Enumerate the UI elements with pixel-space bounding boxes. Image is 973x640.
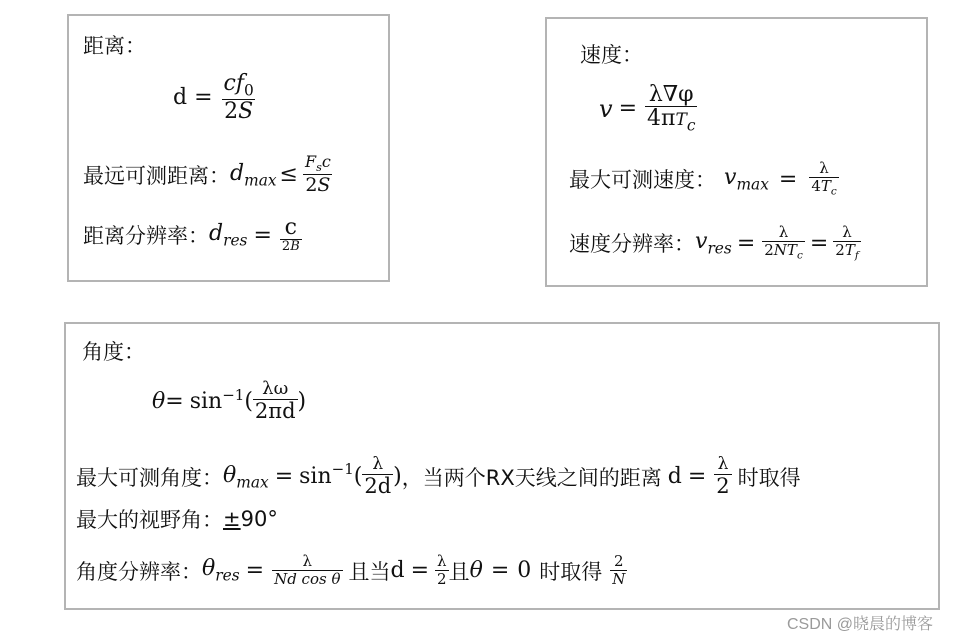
velocity-formula: v = λ∇φ 4πTc	[599, 83, 699, 134]
max-angle-row: 最大可测角度： θmax = sin−1 ( λ 2d ) ，当两个RX天线之间…	[76, 456, 801, 498]
angle-fraction: λω 2πd	[253, 380, 298, 423]
velocity-resolution-row: 速度分辨率： vres = λ 2NTc = λ 2Tf	[569, 225, 863, 262]
velocity-fraction: λ∇φ 4πTc	[645, 83, 697, 134]
velocity-resolution-fraction-2: λ 2Tf	[833, 225, 860, 262]
antenna-spacing-fraction: λ 2	[714, 456, 731, 498]
angle-title: 角度：	[82, 336, 145, 366]
angle-resolution-row: 角度分辨率： θres = λ Nd cos θ 且当 d = λ 2 且 θ …	[76, 554, 629, 587]
distance-formula: d = cf0 2S	[173, 72, 258, 124]
distance-title: 距离：	[83, 30, 146, 60]
velocity-box: 速度： v = λ∇φ 4πTc 最大可测速度： vmax = λ 4Tc 速度…	[545, 17, 928, 287]
field-of-view-row: 最大的视野角： ±90°	[76, 504, 278, 534]
velocity-title: 速度：	[580, 39, 643, 69]
max-angle-fraction: λ 2d	[362, 456, 393, 498]
max-velocity-fraction: λ 4Tc	[809, 161, 838, 198]
max-distance-row: 最远可测距离： dmax ≤ Fsc 2S	[83, 154, 335, 196]
watermark: CSDN @晓晨的博客	[787, 611, 933, 634]
angle-res-spacing-fraction: λ 2	[435, 554, 449, 587]
distance-resolution-row: 距离分辨率： dres = c 2B	[83, 216, 304, 254]
angle-formula: θ = sin−1 ( λω 2πd )	[152, 380, 306, 423]
max-distance-fraction: Fsc 2S	[303, 154, 333, 196]
distance-box: 距离： d = cf0 2S 最远可测距离： dmax ≤ Fsc 2S 距离分…	[67, 14, 390, 282]
angle-box: 角度： θ = sin−1 ( λω 2πd ) 最大可测角度： θmax = …	[64, 322, 940, 610]
angle-resolution-fraction: λ Nd cos θ	[272, 554, 342, 587]
distance-resolution-fraction: c 2B	[280, 216, 302, 254]
velocity-resolution-fraction-1: λ 2NTc	[762, 225, 805, 262]
distance-fraction: cf0 2S	[222, 72, 256, 124]
angle-res-result-fraction: 2 N	[610, 554, 627, 587]
max-velocity-row: 最大可测速度： vmax = λ 4Tc	[569, 161, 841, 198]
